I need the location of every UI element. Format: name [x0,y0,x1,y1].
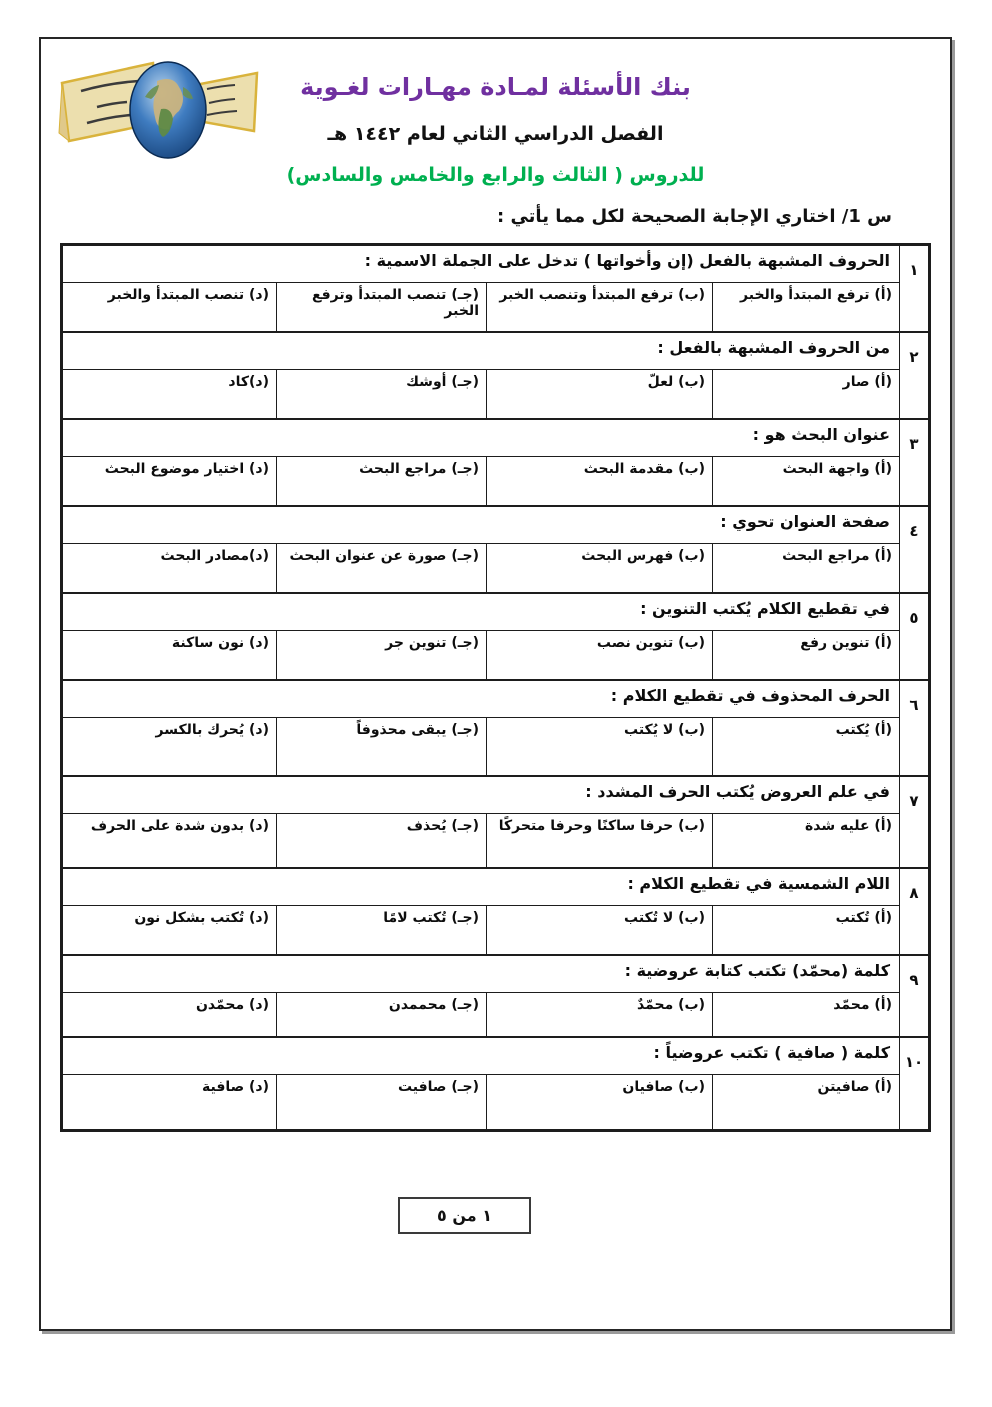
question-text: في علم العروض يُكتب الحرف المشدد : [62,776,900,814]
option-b: (ب) تنوين نصب [487,631,713,680]
question-row-5: ٥ في تقطيع الكلام يُكتب التنوين : [62,593,930,631]
question-row-8: ٨ اللام الشمسية في تقطيع الكلام : [62,868,930,906]
option-b: (ب) محمّدٌ [487,993,713,1037]
option-a: (أ) مراجع البحث [713,544,900,593]
question-row-6: ٦ الحرف المحذوف في تقطيع الكلام : [62,680,930,718]
option-b: (ب) مقدمة البحث [487,457,713,506]
option-d: (د) تُكتب بشكل نون [62,906,277,955]
answer-row-6: (أ) يُكتب (ب) لا يُكتب (جـ) يبقى محذوفاً… [62,718,930,776]
option-c: (جـ) يُحذف [277,814,487,868]
option-a: (أ) محمّد [713,993,900,1037]
option-b: (ب) حرفا ساكنًا وحرفا متحركًا [487,814,713,868]
option-c: (جـ) تُكتب لامًا [277,906,487,955]
questions-table: ١ الحروف المشبهة بالفعل (إن وأخواتها ) ت… [60,243,931,1132]
option-c: (جـ) محممدن [277,993,487,1037]
question-number: ١٠ [900,1037,930,1131]
option-a: (أ) واجهة البحث [713,457,900,506]
option-d: (د) يُحرك بالكسر [62,718,277,776]
option-a: (أ) صار [713,370,900,419]
question-text: عنوان البحث هو : [62,419,900,457]
option-b: (ب) لا يُكتب [487,718,713,776]
question-text: صفحة العنوان تحوي : [62,506,900,544]
question-row-10: ١٠ كلمة ( صافية ) تكتب عروضياً : [62,1037,930,1075]
lessons-line: للدروس ( الثالث والرابع والخامس والسادس) [41,164,950,186]
question-row-7: ٧ في علم العروض يُكتب الحرف المشدد : [62,776,930,814]
option-d: (د) نون ساكنة [62,631,277,680]
option-b: (ب) لا تُكتب [487,906,713,955]
question-text: اللام الشمسية في تقطيع الكلام : [62,868,900,906]
answer-row-2: (أ) صار (ب) لعلّ (جـ) أوشك (د)كاد [62,370,930,419]
answer-row-10: (أ) صافيتن (ب) صافيان (جـ) صافيت (د) صاف… [62,1075,930,1131]
option-b: (ب) صافيان [487,1075,713,1131]
answer-row-3: (أ) واجهة البحث (ب) مقدمة البحث (جـ) مرا… [62,457,930,506]
option-b: (ب) لعلّ [487,370,713,419]
answer-row-4: (أ) مراجع البحث (ب) فهرس البحث (جـ) صورة… [62,544,930,593]
page-number-box: ١ من ٥ [398,1197,531,1234]
question-text: كلمة ( صافية ) تكتب عروضياً : [62,1037,900,1075]
option-d: (د) محمّدن [62,993,277,1037]
question-text: في تقطيع الكلام يُكتب التنوين : [62,593,900,631]
question-text: من الحروف المشبهة بالفعل : [62,332,900,370]
option-a: (أ) يُكتب [713,718,900,776]
question-row-1: ١ الحروف المشبهة بالفعل (إن وأخواتها ) ت… [62,245,930,283]
option-a: (أ) عليه شدة [713,814,900,868]
option-c: (جـ) مراجع البحث [277,457,487,506]
option-c: (جـ) تنوين جر [277,631,487,680]
option-a: (أ) صافيتن [713,1075,900,1131]
option-b: (ب) فهرس البحث [487,544,713,593]
answer-row-1: (أ) ترفع المبتدأ والخبر (ب) ترفع المبتدأ… [62,283,930,332]
option-a: (أ) ترفع المبتدأ والخبر [713,283,900,332]
option-d: (د)كاد [62,370,277,419]
option-d: (د) بدون شدة على الحرف [62,814,277,868]
question-row-2: ٢ من الحروف المشبهة بالفعل : [62,332,930,370]
option-d: (د) اختيار موضوع البحث [62,457,277,506]
option-c: (جـ) أوشك [277,370,487,419]
answer-row-5: (أ) تنوين رفع (ب) تنوين نصب (جـ) تنوين ج… [62,631,930,680]
question-text: الحروف المشبهة بالفعل (إن وأخواتها ) تدخ… [62,245,900,283]
option-c: (جـ) تنصب المبتدأ وترفع الخبر [277,283,487,332]
question-row-3: ٣ عنوان البحث هو : [62,419,930,457]
answer-row-9: (أ) محمّد (ب) محمّدٌ (جـ) محممدن (د) محم… [62,993,930,1037]
option-c: (جـ) يبقى محذوفاً [277,718,487,776]
question-one-prompt: س 1/ اختاري الإجابة الصحيحة لكل مما يأتي… [41,206,950,227]
option-b: (ب) ترفع المبتدأ وتنصب الخبر [487,283,713,332]
question-number: ٨ [900,868,930,955]
option-a: (أ) تُكتب [713,906,900,955]
option-c: (جـ) صافيت [277,1075,487,1131]
question-number: ٢ [900,332,930,419]
option-d: (د)مصادر البحث [62,544,277,593]
question-number: ٦ [900,680,930,776]
school-globe-logo [57,53,265,167]
question-row-9: ٩ كلمة (محمّد) تكتب كتابة عروضية : [62,955,930,993]
option-d: (د) صافية [62,1075,277,1131]
globe-books-logo-graphic [57,53,265,167]
answer-row-8: (أ) تُكتب (ب) لا تُكتب (جـ) تُكتب لامًا … [62,906,930,955]
question-number: ٥ [900,593,930,680]
option-c: (جـ) صورة عن عنوان البحث [277,544,487,593]
question-row-4: ٤ صفحة العنوان تحوي : [62,506,930,544]
page-number: ١ من ٥ [437,1206,492,1225]
document-sheet: بنك الأسئلة لمـادة مهـارات لغـوية الفصل … [39,37,952,1331]
question-number: ١ [900,245,930,332]
question-number: ٩ [900,955,930,1037]
answer-row-7: (أ) عليه شدة (ب) حرفا ساكنًا وحرفا متحرك… [62,814,930,868]
question-number: ٣ [900,419,930,506]
question-number: ٧ [900,776,930,868]
question-text: الحرف المحذوف في تقطيع الكلام : [62,680,900,718]
option-a: (أ) تنوين رفع [713,631,900,680]
question-text: كلمة (محمّد) تكتب كتابة عروضية : [62,955,900,993]
question-number: ٤ [900,506,930,593]
option-d: (د) تنصب المبتدأ والخبر [62,283,277,332]
